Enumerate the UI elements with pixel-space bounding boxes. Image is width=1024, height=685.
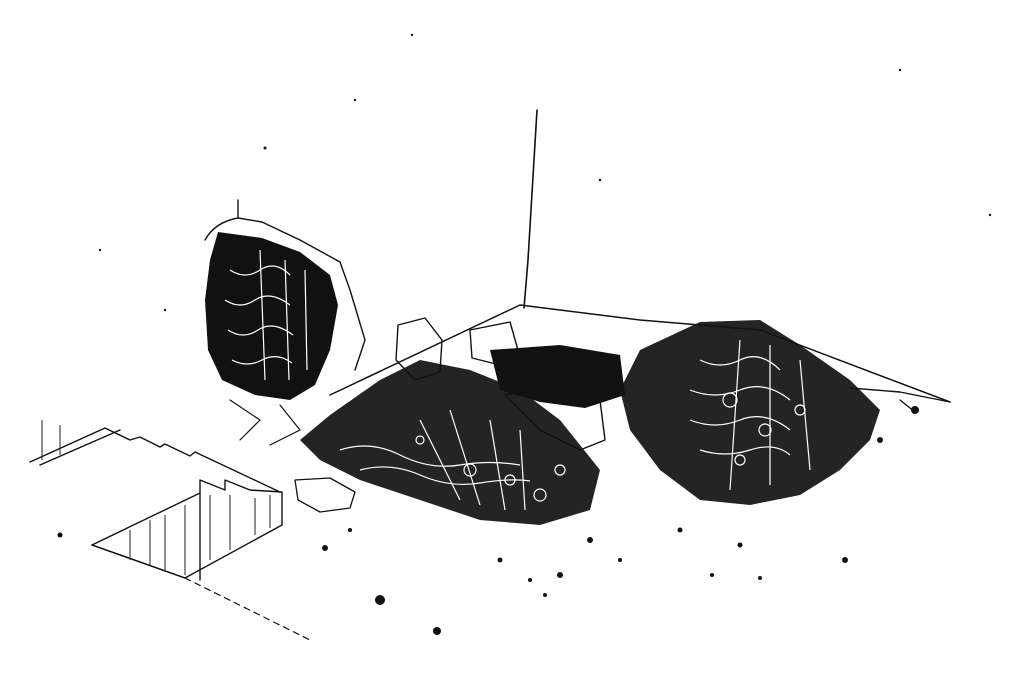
wall-crack: [524, 110, 537, 308]
rubble-heap-right: [620, 320, 950, 505]
rubble-illustration: [0, 0, 1024, 685]
scattered-debris: [58, 34, 992, 635]
stepped-block: [30, 420, 310, 640]
rubble-heap-center: [295, 318, 625, 525]
